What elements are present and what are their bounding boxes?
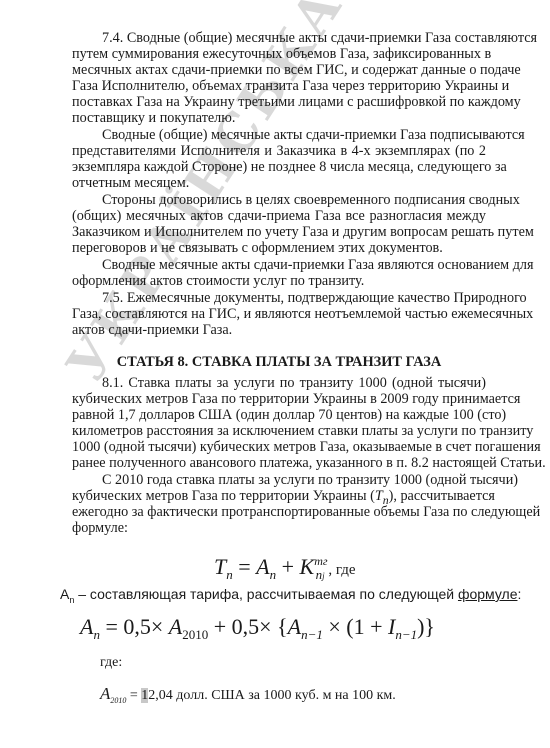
text-line: 7.4. Сводные (общие) месячные акты сдачи… [102, 30, 486, 46]
text-line: поставщику и покупателю. [72, 110, 486, 126]
formula-operator: + [276, 554, 299, 579]
text-line: 8.1. Ставка платы за услуги по транзиту … [102, 375, 486, 391]
an-definition: Аn – составляющая тарифа, рассчитываемая… [60, 586, 521, 608]
text-line: километров расстояния за исключением ста… [72, 423, 486, 439]
formula-symbol: K [300, 554, 315, 579]
text-line: Заказчиком и Исполнителем по учету Газа … [72, 224, 486, 240]
text-line: Стороны договорились в целях своевременн… [102, 192, 486, 208]
text-line: формуле: [72, 520, 486, 536]
formula-operator: + 0,5× { [208, 614, 287, 639]
formula-an: An = 0,5× A2010 + 0,5× {An−1 × (1 + In−1… [80, 614, 435, 648]
definition-symbol: А [60, 586, 69, 602]
text-line: путем суммирования ежесуточных объемов Г… [72, 46, 486, 62]
text-line: Газа, составляются на ГИС, и являются не… [72, 306, 486, 322]
formula-subscript: n−1 [301, 627, 323, 642]
definition-text: – составляющая тарифа, рассчитываемая по… [74, 586, 458, 602]
formula-suffix: , где [325, 562, 356, 578]
definition-tail: : [517, 586, 521, 602]
formula-symbol: A [80, 614, 93, 639]
formula-operator: = 0,5× [100, 614, 169, 639]
text-line: отчетным месяцем. [72, 175, 486, 191]
formula-symbol: A [256, 554, 269, 579]
value-subscript: 2010 [110, 696, 126, 705]
text-line: кубических метров Газа по территории Укр… [72, 391, 486, 407]
text-line: поставках Газа на Украину третьими лицам… [72, 94, 486, 110]
text-line: Газа Исполнителю, объемах транзита Газа … [72, 78, 486, 94]
text-line: экземпляра каждой Стороне) не позднее 8 … [72, 159, 486, 175]
text-line: 7.5. Ежемесячные документы, подтверждающ… [102, 290, 486, 306]
formula-symbol: A [288, 614, 301, 639]
symbol-tn: Tn [375, 488, 389, 504]
formula-subscript: 2010 [182, 627, 208, 642]
value-eq: = [126, 688, 141, 703]
formula-operator: = [233, 554, 256, 579]
formula-symbol: A [169, 614, 182, 639]
text-line: (общих) месячных актов сдачи-приема Газа… [72, 208, 486, 224]
formula-subscript: n−1 [395, 627, 417, 642]
value-symbol: A [100, 684, 110, 703]
value-text: 2,04 долл. США за 1000 куб. м на 100 км. [148, 688, 396, 703]
formula-tariff: Tn = An + Kтгnj , где [214, 548, 356, 589]
text-line: представителями Исполнителя и Заказчика … [72, 143, 486, 159]
text-line: ранее полученного авансового платежа, ук… [72, 455, 486, 471]
text-fragment: кубических метров Газа по территории Укр… [72, 488, 375, 504]
text-line: 1000 (одной тысячи) кубических метров Га… [72, 439, 486, 455]
a2010-value-line: A2010 = 12,04 долл. США за 1000 куб. м н… [100, 686, 396, 709]
text-line: равной 1,7 долларов США (один доллар 70 … [72, 407, 486, 423]
article-8-heading: СТАТЬЯ 8. СТАВКА ПЛАТЫ ЗА ТРАНЗИТ ГАЗА [72, 354, 486, 370]
formula-operator: )} [417, 614, 435, 639]
text-line: месячных актах сдачи-приемки по всем ГИС… [72, 62, 486, 78]
text-line: Сводные (общие) месячные акты сдачи-прие… [102, 127, 486, 143]
formula-superscript: тг [314, 554, 327, 568]
text-fragment: ), рассчитывается [389, 488, 495, 504]
text-line: оформления актов стоимости услуг по тран… [72, 273, 486, 289]
formula-operator: × (1 + [323, 614, 388, 639]
definition-underlined: формуле [458, 586, 518, 602]
text-line: переговоров и не связывать с оформлением… [72, 240, 486, 256]
text-line: С 2010 года ставка платы за услуги по тр… [102, 472, 486, 488]
text-line: ежегодно за фактически протранспортирова… [72, 504, 486, 520]
text-line: актов сдачи-приемки Газа. [72, 322, 486, 338]
formula-symbol: T [214, 554, 226, 579]
where-label: где: [100, 655, 122, 671]
document-page: УКРАЇНСЬКА ПРАВДА 7.4. Сводные (общие) м… [0, 0, 550, 748]
symbol-letter: T [375, 488, 383, 504]
text-line: Сводные месячные акты сдачи-приемки Газа… [102, 257, 486, 273]
